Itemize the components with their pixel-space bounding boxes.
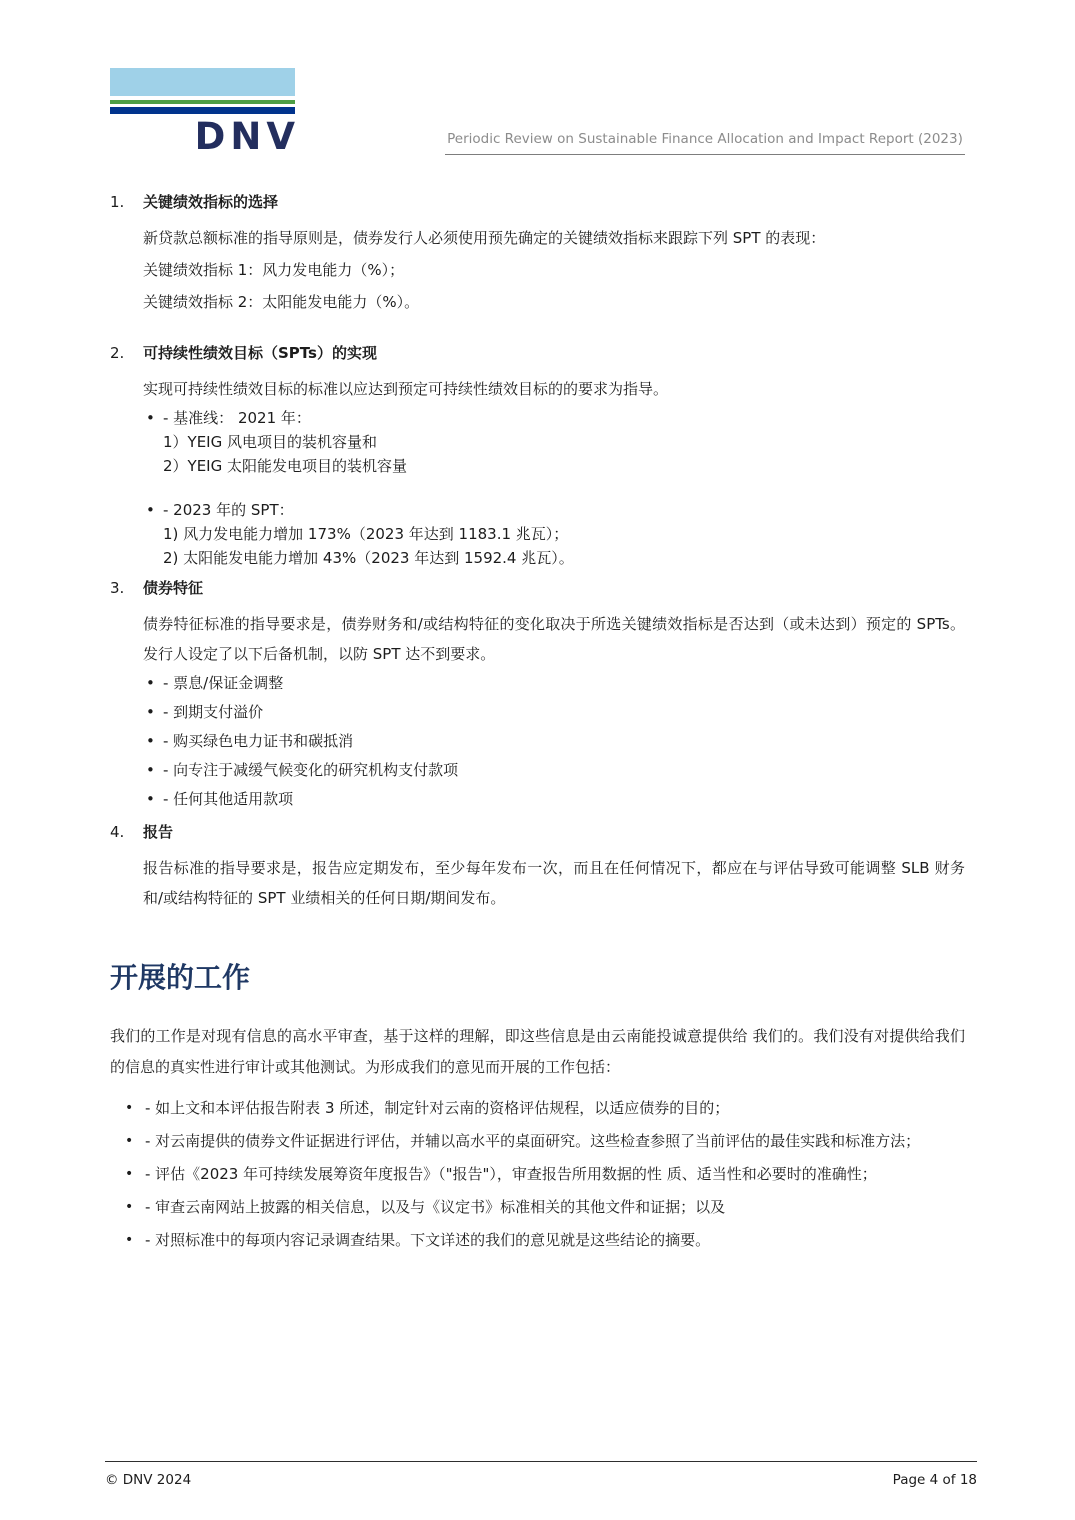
list-item: - 票息/保证金调整 bbox=[146, 671, 965, 695]
bullet-line: 2）YEIG 太阳能发电项目的装机容量 bbox=[163, 454, 965, 478]
list-item: - 到期支付溢价 bbox=[146, 700, 965, 724]
section-title: 关键绩效指标的选择 bbox=[143, 190, 965, 214]
bullet-marker-icon bbox=[146, 498, 163, 570]
section-kpi-selection: 1. 关键绩效指标的选择 新贷款总额标准的指导原则是，债券发行人必须使用预先确定… bbox=[110, 190, 965, 317]
section-number: 3. bbox=[110, 576, 143, 811]
bullet-marker-icon bbox=[146, 671, 163, 695]
logo-darkblue-bar bbox=[110, 107, 295, 114]
paragraph: 关键绩效指标 1：风力发电能力（%）； bbox=[143, 255, 965, 285]
list-item: - 向专注于减缓气候变化的研究机构支付款项 bbox=[146, 758, 965, 782]
bullet-line: - 任何其他适用款项 bbox=[163, 787, 965, 811]
work-performed-heading: 开展的工作 bbox=[110, 960, 965, 996]
list-item: - 审查云南网站上披露的相关信息，以及与《议定书》标准相关的其他文件和证据；以及 bbox=[125, 1196, 965, 1219]
logo-lightblue-bar bbox=[110, 68, 295, 96]
bullet-text: - 对云南提供的债券文件证据进行评估，并辅以高水平的桌面研究。这些检查参照了当前… bbox=[145, 1130, 965, 1153]
bullet-marker-icon bbox=[146, 787, 163, 811]
section-spt-achievement: 2. 可持续性绩效目标（SPTs）的实现 实现可持续性绩效目标的标准以应达到预定… bbox=[110, 341, 965, 570]
dnv-logo: DNV bbox=[110, 68, 295, 155]
bullet-marker-icon bbox=[146, 729, 163, 753]
list-item: - 2023 年的 SPT： 1) 风力发电能力增加 173%（2023 年达到… bbox=[146, 498, 965, 570]
bullet-line: - 到期支付溢价 bbox=[163, 700, 965, 724]
section-number: 2. bbox=[110, 341, 143, 570]
page-footer: © DNV 2024 Page 4 of 18 bbox=[105, 1461, 977, 1488]
logo-wordmark: DNV bbox=[110, 118, 300, 155]
bullet-marker-icon bbox=[146, 758, 163, 782]
bullet-line: - 2023 年的 SPT： bbox=[163, 498, 965, 522]
bullet-line: 1）YEIG 风电项目的装机容量和 bbox=[163, 430, 965, 454]
logo-green-bar bbox=[110, 100, 295, 104]
bullet-text: - 如上文和本评估报告附表 3 所述，制定针对云南的资格评估规程，以适应债券的目… bbox=[145, 1097, 965, 1120]
bullet-text: - 评估《2023 年可持续发展筹资年度报告》（"报告"），审查报告所用数据的性… bbox=[145, 1163, 965, 1186]
bullet-line: - 向专注于减缓气候变化的研究机构支付款项 bbox=[163, 758, 965, 782]
bullet-line: 2) 太阳能发电能力增加 43%（2023 年达到 1592.4 兆瓦）。 bbox=[163, 546, 965, 570]
bullet-list: - 票息/保证金调整 - 到期支付溢价 - 购买绿色电力证书和碳抵消 - 向专注… bbox=[146, 671, 965, 811]
paragraph: 关键绩效指标 2：太阳能发电能力（%）。 bbox=[143, 287, 965, 317]
list-item: - 对云南提供的债券文件证据进行评估，并辅以高水平的桌面研究。这些检查参照了当前… bbox=[125, 1130, 965, 1153]
paragraph: 新贷款总额标准的指导原则是，债券发行人必须使用预先确定的关键绩效指标来跟踪下列 … bbox=[143, 223, 965, 253]
list-item: - 对照标准中的每项内容记录调查结果。下文详述的我们的意见就是这些结论的摘要。 bbox=[125, 1229, 965, 1252]
work-intro-paragraph: 我们的工作是对现有信息的高水平审查，基于这样的理解，即这些信息是由云南能投诚意提… bbox=[110, 1021, 965, 1083]
footer-copyright: © DNV 2024 bbox=[105, 1472, 191, 1488]
section-title: 报告 bbox=[143, 820, 965, 844]
page-body: 1. 关键绩效指标的选择 新贷款总额标准的指导原则是，债券发行人必须使用预先确定… bbox=[110, 190, 965, 1262]
section-bond-characteristics: 3. 债券特征 债券特征标准的指导要求是，债券财务和/或结构特征的变化取决于所选… bbox=[110, 576, 965, 811]
section-number: 4. bbox=[110, 820, 143, 913]
bullet-marker-icon bbox=[125, 1163, 145, 1186]
bullet-marker-icon bbox=[125, 1229, 145, 1252]
bullet-marker-icon bbox=[125, 1196, 145, 1219]
bullet-marker-icon bbox=[146, 700, 163, 724]
bullet-line: - 购买绿色电力证书和碳抵消 bbox=[163, 729, 965, 753]
section-title: 可持续性绩效目标（SPTs）的实现 bbox=[143, 341, 965, 365]
list-item: - 任何其他适用款项 bbox=[146, 787, 965, 811]
list-item: - 购买绿色电力证书和碳抵消 bbox=[146, 729, 965, 753]
bullet-line: - 票息/保证金调整 bbox=[163, 671, 965, 695]
bullet-line: 1) 风力发电能力增加 173%（2023 年达到 1183.1 兆瓦）； bbox=[163, 522, 965, 546]
section-number: 1. bbox=[110, 190, 143, 317]
bullet-marker-icon bbox=[125, 1097, 145, 1120]
report-header-title: Periodic Review on Sustainable Finance A… bbox=[445, 131, 965, 155]
bullet-marker-icon bbox=[125, 1130, 145, 1153]
bullet-marker-icon bbox=[146, 406, 163, 478]
paragraph: 债券特征标准的指导要求是，债券财务和/或结构特征的变化取决于所选关键绩效指标是否… bbox=[143, 609, 965, 669]
section-title: 债券特征 bbox=[143, 576, 965, 600]
list-item: - 基准线： 2021 年： 1）YEIG 风电项目的装机容量和 2）YEIG … bbox=[146, 406, 965, 478]
bullet-text: - 对照标准中的每项内容记录调查结果。下文详述的我们的意见就是这些结论的摘要。 bbox=[145, 1229, 965, 1252]
work-bullet-list: - 如上文和本评估报告附表 3 所述，制定针对云南的资格评估规程，以适应债券的目… bbox=[125, 1097, 965, 1252]
paragraph: 报告标准的指导要求是，报告应定期发布，至少每年发布一次，而且在任何情况下，都应在… bbox=[143, 853, 965, 913]
bullet-text: - 审查云南网站上披露的相关信息，以及与《议定书》标准相关的其他文件和证据；以及 bbox=[145, 1196, 965, 1219]
document-page: DNV Periodic Review on Sustainable Finan… bbox=[0, 0, 1075, 1520]
footer-page-number: Page 4 of 18 bbox=[893, 1472, 977, 1488]
list-item: - 评估《2023 年可持续发展筹资年度报告》（"报告"），审查报告所用数据的性… bbox=[125, 1163, 965, 1186]
paragraph: 实现可持续性绩效目标的标准以应达到预定可持续性绩效目标的的要求为指导。 bbox=[143, 374, 965, 404]
bullet-list: - 基准线： 2021 年： 1）YEIG 风电项目的装机容量和 2）YEIG … bbox=[146, 406, 965, 570]
section-reporting: 4. 报告 报告标准的指导要求是，报告应定期发布，至少每年发布一次，而且在任何情… bbox=[110, 820, 965, 913]
bullet-line: - 基准线： 2021 年： bbox=[163, 406, 965, 430]
list-item: - 如上文和本评估报告附表 3 所述，制定针对云南的资格评估规程，以适应债券的目… bbox=[125, 1097, 965, 1120]
